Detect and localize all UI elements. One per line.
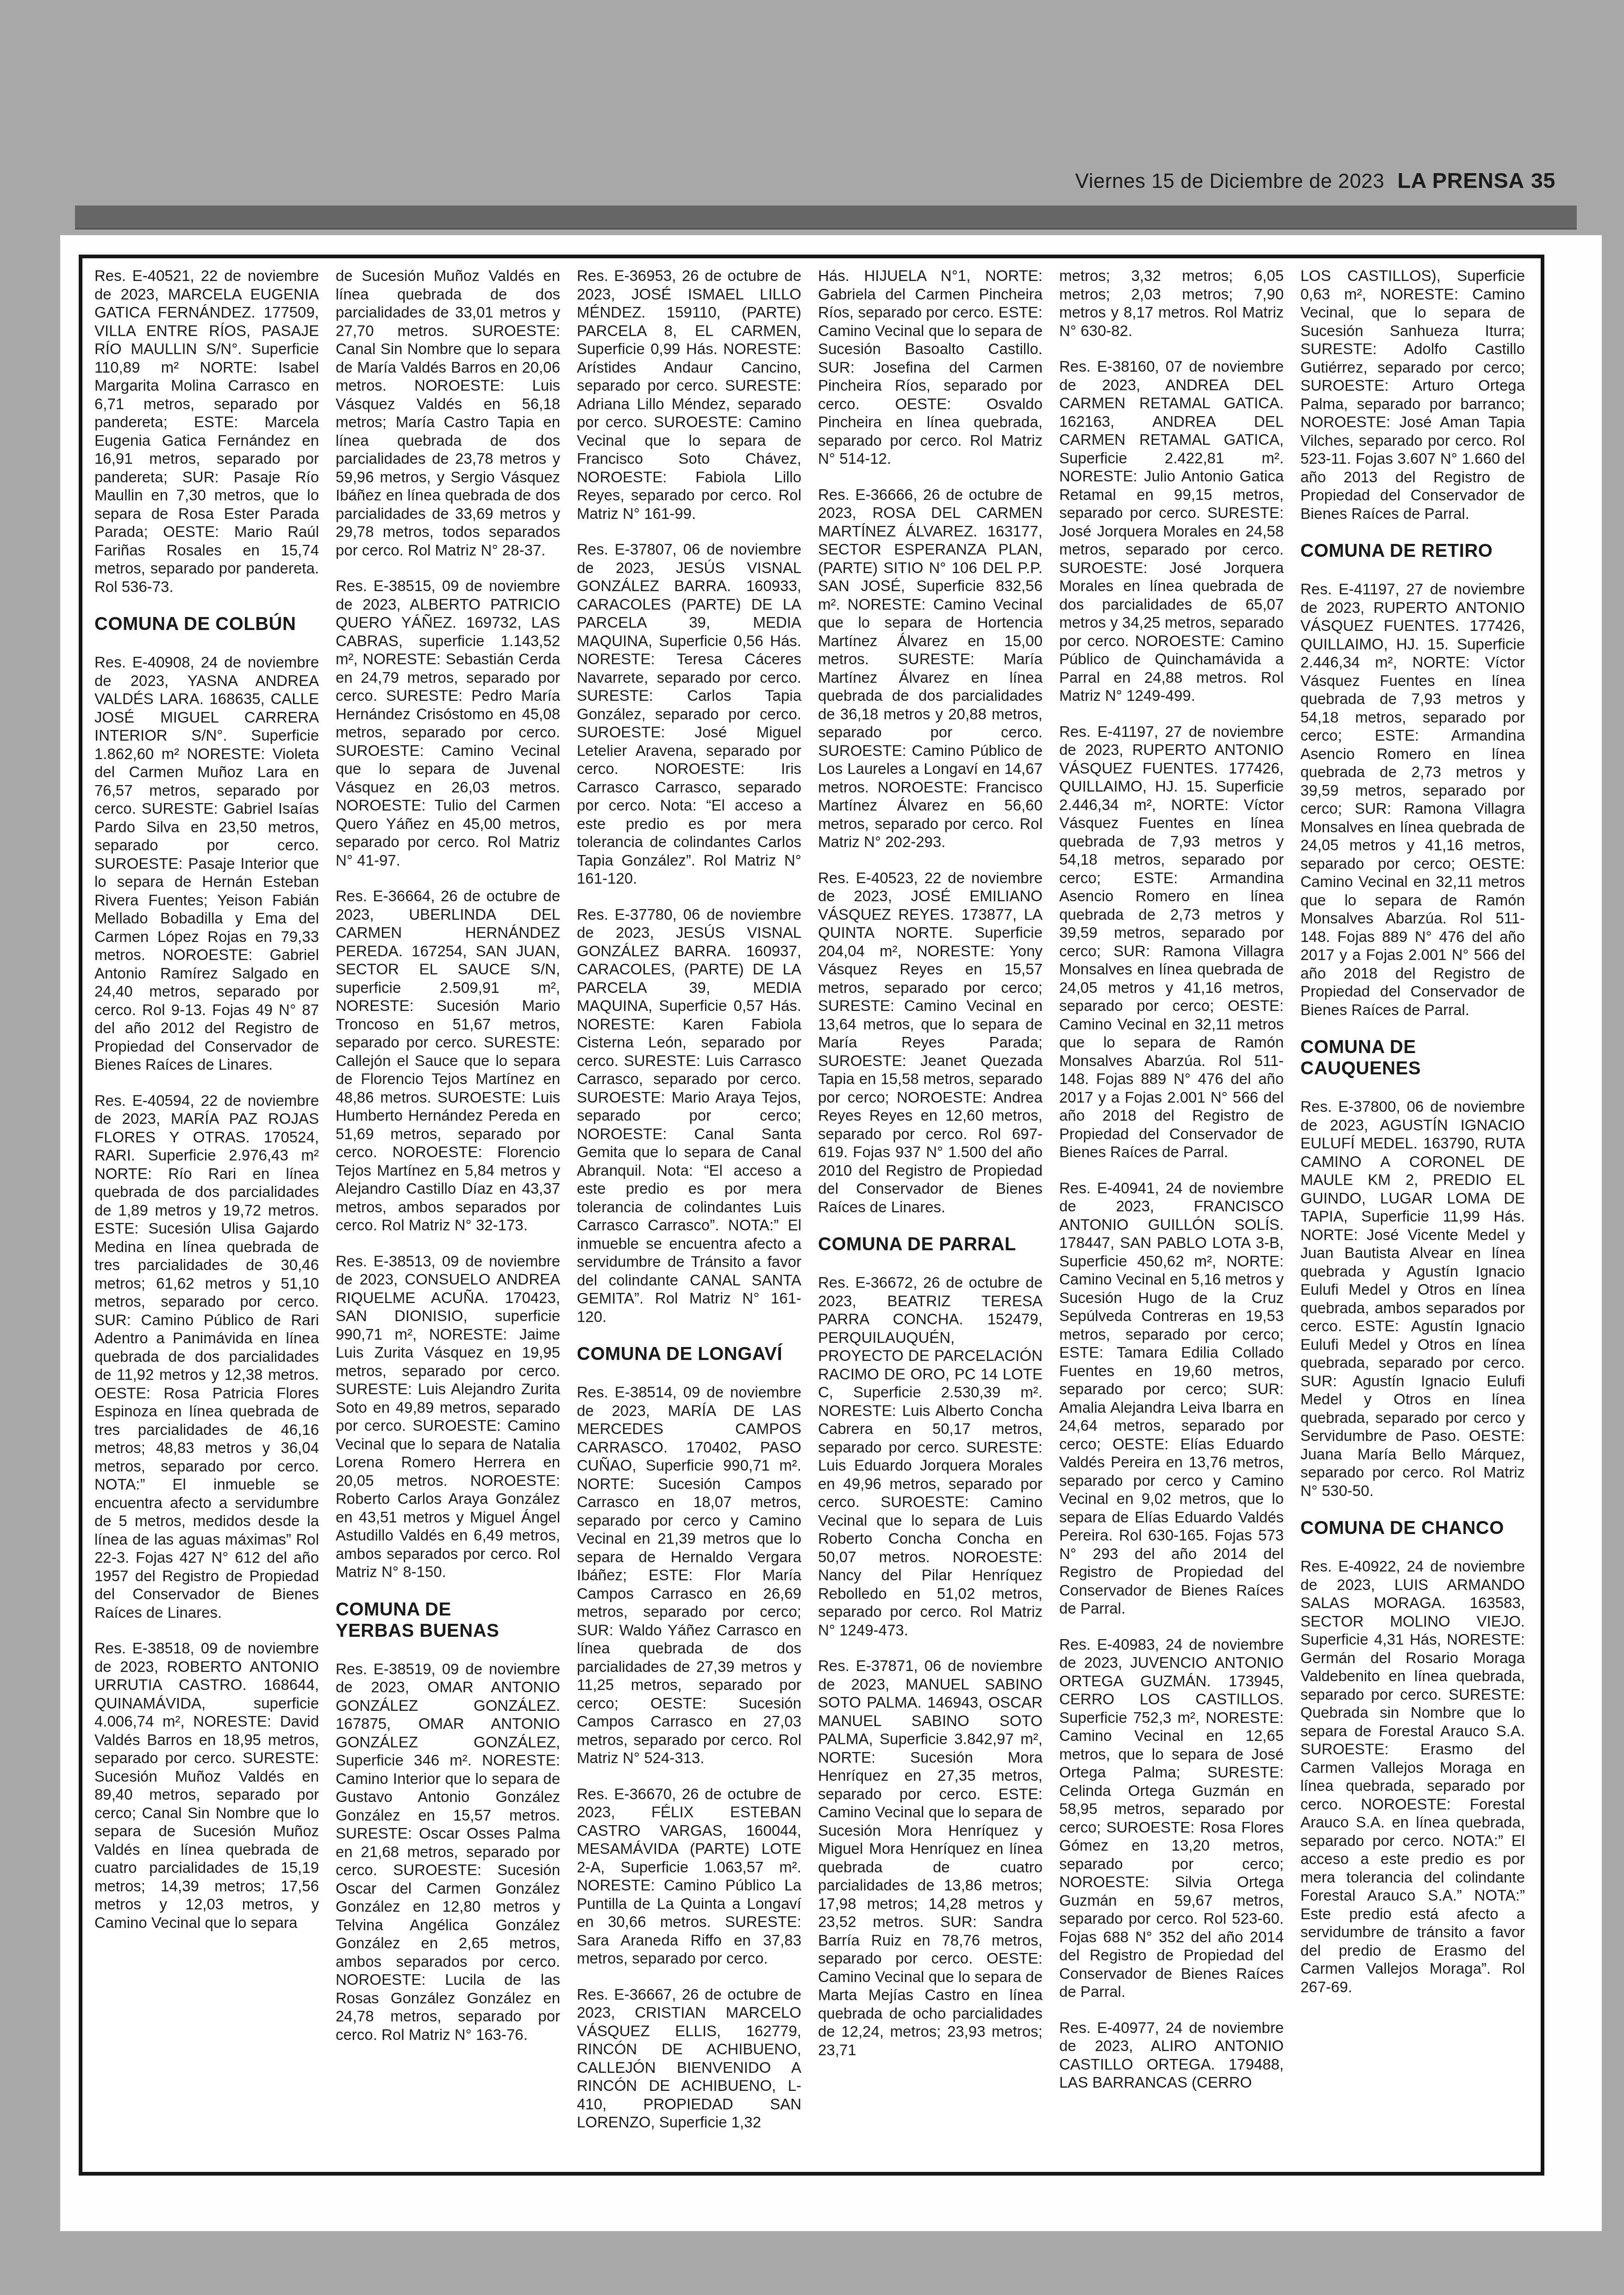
legal-notice: Res. E-38160, 07 de noviembre de 2023, A…	[1059, 357, 1284, 705]
legal-notice: Res. E-38515, 09 de noviembre de 2023, A…	[336, 577, 560, 869]
comuna-heading: COMUNA DE YERBAS BUENAS	[336, 1599, 560, 1641]
legal-notice: Res. E-36953, 26 de octubre de 2023, JOS…	[577, 267, 801, 523]
legal-notice: Res. E-41197, 27 de noviembre de 2023, R…	[1059, 723, 1284, 1161]
comuna-heading: COMUNA DE LONGAVÍ	[577, 1343, 801, 1365]
legal-notice: Res. E-40523, 22 de noviembre de 2023, J…	[818, 869, 1043, 1216]
page-number: 35	[1531, 168, 1555, 193]
column-6: LOS CASTILLOS), Superficie 0,63 m², NORE…	[1300, 267, 1525, 2153]
comuna-heading: COMUNA DE PARRAL	[818, 1234, 1043, 1255]
comuna-heading: COMUNA DE CHANCO	[1300, 1517, 1525, 1539]
legal-notice: Res. E-40977, 24 de noviembre de 2023, A…	[1059, 2019, 1284, 2092]
legal-notice: Res. E-40922, 24 de noviembre de 2023, L…	[1300, 1557, 1525, 1996]
masthead: Viernes 15 de Diciembre de 2023LA PRENSA…	[1075, 168, 1555, 193]
legal-notice: Res. E-38519, 09 de noviembre de 2023, O…	[336, 1660, 560, 2044]
legal-notice: Res. E-40941, 24 de noviembre de 2023, F…	[1059, 1179, 1284, 1618]
legal-notice: metros; 3,32 metros; 6,05 metros; 2,03 m…	[1059, 267, 1284, 340]
legal-notice: Res. E-40594, 22 de noviembre de 2023, M…	[94, 1091, 319, 1622]
newspaper-page: Res. E-40521, 22 de noviembre de 2023, M…	[60, 235, 1602, 2231]
legal-notice: Res. E-40521, 22 de noviembre de 2023, M…	[94, 267, 319, 596]
newspaper-brand: LA PRENSA	[1397, 168, 1524, 193]
legal-notice: Res. E-38514, 09 de noviembre de 2023, M…	[577, 1383, 801, 1767]
legal-notice: Res. E-37807, 06 de noviembre de 2023, J…	[577, 540, 801, 888]
legal-notice: Res. E-40983, 24 de noviembre de 2023, J…	[1059, 1635, 1284, 2001]
legal-notice: Res. E-41197, 27 de noviembre de 2023, R…	[1300, 580, 1525, 1019]
legal-notice: Res. E-36667, 26 de octubre de 2023, CRI…	[577, 1985, 801, 2132]
comuna-heading: COMUNA DE CAUQUENES	[1300, 1036, 1525, 1079]
legal-notice: Res. E-38518, 09 de noviembre de 2023, R…	[94, 1639, 319, 1932]
legal-notice: de Sucesión Muñoz Valdés en línea quebra…	[336, 267, 560, 559]
column-5: metros; 3,32 metros; 6,05 metros; 2,03 m…	[1059, 267, 1284, 2153]
column-1: Res. E-40521, 22 de noviembre de 2023, M…	[94, 267, 319, 2153]
edition-date: Viernes 15 de Diciembre de 2023	[1075, 170, 1385, 193]
scanned-page-background: Viernes 15 de Diciembre de 2023LA PRENSA…	[0, 0, 1624, 2295]
column-3: Res. E-36953, 26 de octubre de 2023, JOS…	[577, 267, 801, 2153]
column-4: Hás. HIJUELA N°1, NORTE: Gabriela del Ca…	[818, 267, 1043, 2153]
legal-notices-box: Res. E-40521, 22 de noviembre de 2023, M…	[79, 255, 1544, 2176]
legal-notice: Res. E-37780, 06 de noviembre de 2023, J…	[577, 905, 801, 1326]
legal-notice: Res. E-37871, 06 de noviembre de 2023, M…	[818, 1657, 1043, 2059]
legal-notice: Res. E-37800, 06 de noviembre de 2023, A…	[1300, 1098, 1525, 1500]
legal-notice: Res. E-36664, 26 de octubre de 2023, UBE…	[336, 887, 560, 1235]
comuna-heading: COMUNA DE COLBÚN	[94, 613, 319, 635]
header-divider-bar	[75, 206, 1577, 230]
comuna-heading: COMUNA DE RETIRO	[1300, 540, 1525, 561]
column-2: de Sucesión Muñoz Valdés en línea quebra…	[336, 267, 560, 2153]
legal-notice: Res. E-36672, 26 de octubre de 2023, BEA…	[818, 1273, 1043, 1639]
legal-notice: Res. E-38513, 09 de noviembre de 2023, C…	[336, 1252, 560, 1581]
columns: Res. E-40521, 22 de noviembre de 2023, M…	[82, 258, 1541, 2172]
legal-notice: Hás. HIJUELA N°1, NORTE: Gabriela del Ca…	[818, 267, 1043, 468]
legal-notice: Res. E-36670, 26 de octubre de 2023, FÉL…	[577, 1785, 801, 1968]
legal-notice: Res. E-40908, 24 de noviembre de 2023, Y…	[94, 653, 319, 1074]
legal-notice: LOS CASTILLOS), Superficie 0,63 m², NORE…	[1300, 267, 1525, 523]
legal-notice: Res. E-36666, 26 de octubre de 2023, ROS…	[818, 486, 1043, 851]
